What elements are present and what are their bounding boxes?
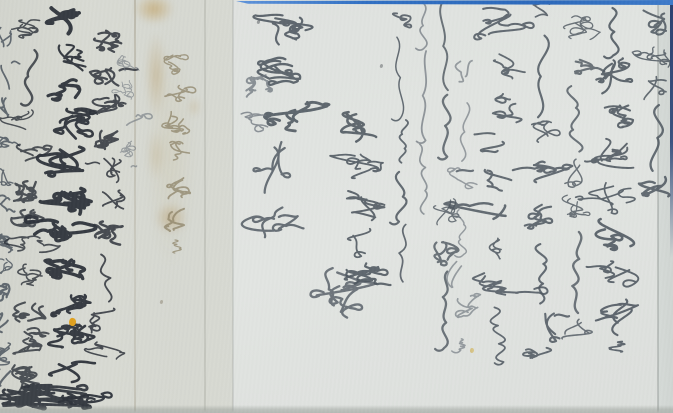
speck-yellow-small	[469, 348, 474, 354]
speck-dust-3	[160, 300, 164, 304]
speck-layer	[0, 0, 673, 413]
speck-dust-2	[380, 64, 384, 68]
speck-yellow-fleck	[68, 317, 77, 327]
manuscript-scan	[0, 0, 673, 413]
speck-dust-1	[257, 20, 261, 24]
scan-bottom-shadow	[0, 405, 673, 413]
